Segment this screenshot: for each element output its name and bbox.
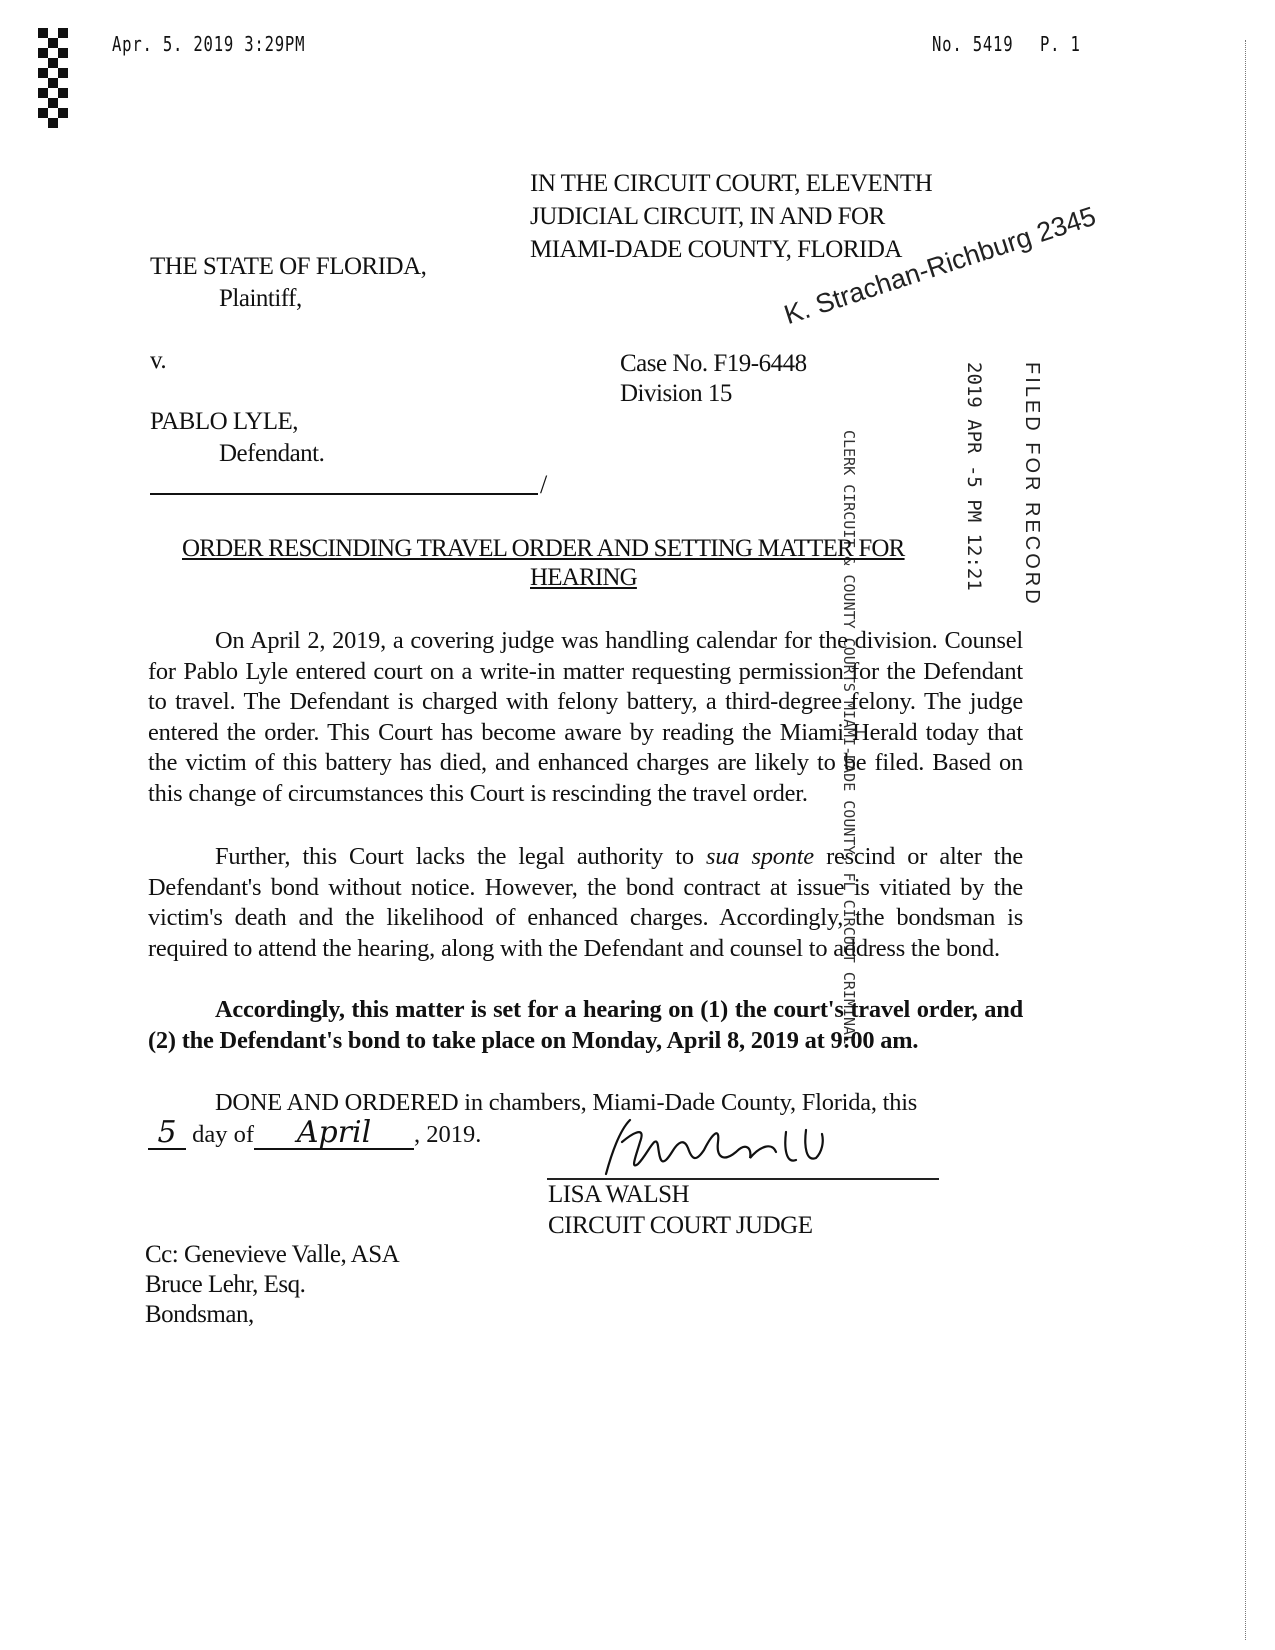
fax-checker-mark	[38, 28, 68, 148]
cc-list: Cc: Genevieve Valle, ASA Bruce Lehr, Esq…	[145, 1240, 399, 1330]
scan-edge-line	[1245, 40, 1247, 1640]
judge-signature	[600, 1112, 860, 1178]
court-line: MIAMI-DADE COUNTY, FLORIDA	[530, 233, 932, 266]
fax-page: P. 1	[1040, 32, 1081, 56]
handwritten-month: April	[254, 1118, 414, 1150]
defendant-name: PABLO LYLE,	[150, 408, 298, 436]
court-line: JUDICIAL CIRCUIT, IN AND FOR	[530, 200, 932, 233]
judge-title: CIRCUIT COURT JUDGE	[548, 1212, 813, 1240]
order-title-line2: HEARING	[530, 564, 637, 592]
plaintiff-name: THE STATE OF FLORIDA,	[150, 253, 426, 281]
done-and-ordered: DONE AND ORDERED in chambers, Miami-Dade…	[148, 1088, 1023, 1119]
cc-recipient: Bondsman,	[145, 1300, 399, 1330]
division: Division 15	[620, 380, 732, 408]
fax-number: No. 5419	[932, 32, 1013, 56]
paragraph-1: On April 2, 2019, a covering judge was h…	[148, 626, 1023, 810]
clerk-stamp-line: CLERK	[840, 355, 858, 475]
cc-recipient: Cc: Genevieve Valle, ASA	[145, 1240, 399, 1270]
paragraph-3: Accordingly, this matter is set for a he…	[148, 995, 1023, 1056]
versus: v.	[150, 347, 166, 375]
ordered-date-line: 5 day ofApril, 2019.	[148, 1118, 481, 1150]
filed-date-stamp: 2019 APR -5 PM 12:21	[963, 362, 985, 591]
plaintiff-role: Plaintiff,	[219, 285, 302, 313]
court-line: IN THE CIRCUIT COURT, ELEVENTH	[530, 167, 932, 200]
judge-name: LISA WALSH	[548, 1181, 689, 1209]
caption-rule	[150, 493, 538, 495]
caption-slash: /	[540, 470, 547, 500]
paragraph-2: Further, this Court lacks the legal auth…	[148, 842, 1023, 964]
fax-timestamp: Apr. 5. 2019 3:29PM	[112, 32, 305, 56]
court-header: IN THE CIRCUIT COURT, ELEVENTH JUDICIAL …	[530, 167, 932, 266]
cc-recipient: Bruce Lehr, Esq.	[145, 1270, 399, 1300]
handwritten-day: 5	[148, 1118, 186, 1150]
order-title: ORDER RESCINDING TRAVEL ORDER AND SETTIN…	[182, 535, 905, 563]
signature-line	[547, 1178, 939, 1180]
filed-for-record-stamp: FILED FOR RECORD	[1020, 362, 1043, 607]
defendant-role: Defendant.	[219, 440, 324, 468]
case-number: Case No. F19-6448	[620, 350, 807, 378]
